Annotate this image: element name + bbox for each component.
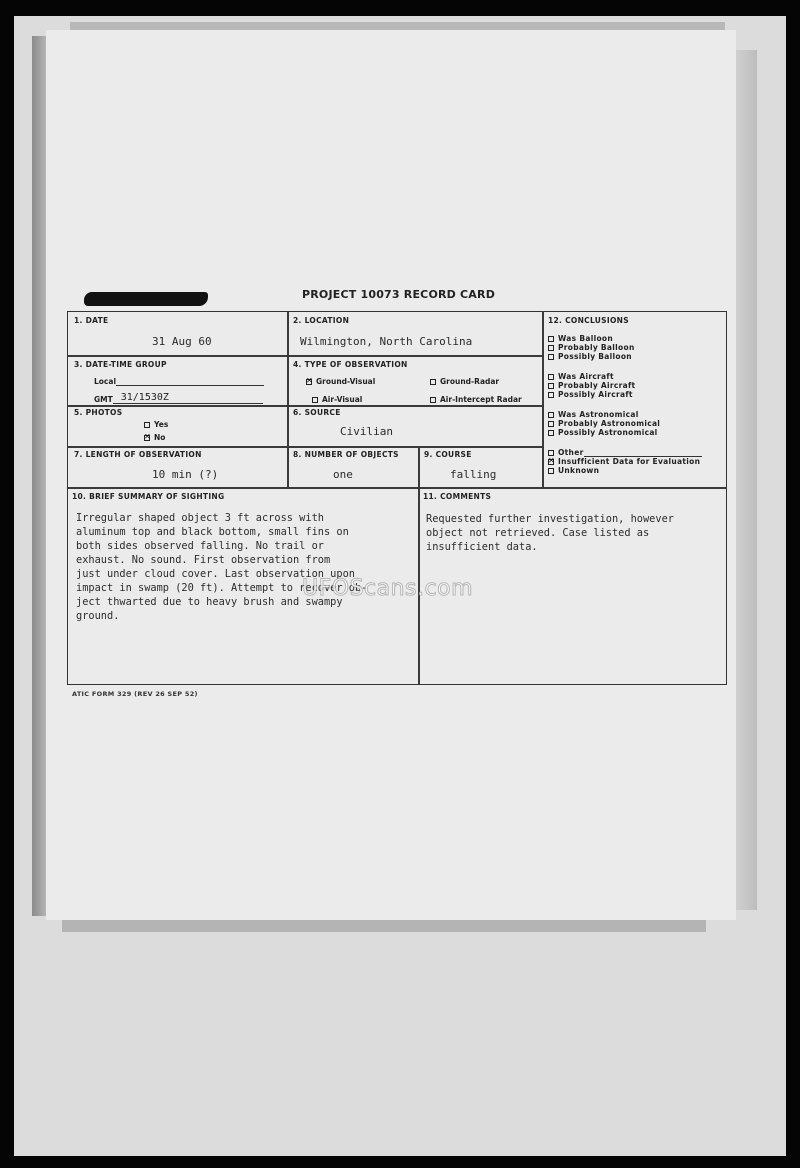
source-value: Civilian: [340, 425, 393, 438]
checkbox-icon[interactable]: [548, 392, 554, 398]
option-air-intercept-radar[interactable]: Air-Intercept Radar: [430, 395, 522, 404]
checkbox-icon[interactable]: [548, 468, 554, 474]
length-label: 7. LENGTH OF OBSERVATION: [74, 450, 202, 459]
conclusion-was-balloon[interactable]: Was Balloon: [548, 334, 613, 343]
photos-no[interactable]: No: [144, 433, 165, 442]
summary-line: exhaust. No sound. First observation fro…: [76, 553, 330, 567]
top-band: [70, 22, 725, 30]
conclusion-probably-astronomical[interactable]: Probably Astronomical: [548, 419, 660, 428]
checkbox-icon[interactable]: [548, 374, 554, 380]
checkbox-icon[interactable]: [312, 397, 318, 403]
checkbox-checked-icon[interactable]: [548, 459, 554, 465]
checkbox-icon[interactable]: [548, 383, 554, 389]
photos-label: 5. PHOTOS: [74, 408, 122, 417]
film-edge-shadow-right: [735, 50, 757, 910]
summary-line: ground.: [76, 609, 119, 623]
conclusion-was-aircraft[interactable]: Was Aircraft: [548, 372, 614, 381]
checkbox-icon[interactable]: [548, 430, 554, 436]
date-label: 1. DATE: [74, 316, 108, 325]
option-ground-visual[interactable]: Ground-Visual: [306, 377, 375, 386]
divider: [67, 446, 542, 448]
comments-line: object not retrieved. Case listed as: [426, 526, 649, 540]
checkbox-icon[interactable]: [430, 379, 436, 385]
summary-label: 10. BRIEF SUMMARY OF SIGHTING: [72, 492, 224, 501]
date-time-group-label: 3. DATE-TIME GROUP: [74, 360, 167, 369]
watermark: UFOScans.com: [302, 576, 473, 601]
divider: [67, 405, 542, 407]
source-label: 6. SOURCE: [293, 408, 341, 417]
photos-yes[interactable]: Yes: [144, 420, 168, 429]
number-of-objects-value: one: [333, 468, 353, 481]
date-value: 31 Aug 60: [152, 335, 212, 348]
checkbox-icon[interactable]: [548, 336, 554, 342]
comments-line: insufficient data.: [426, 540, 538, 554]
comments-label: 11. COMMENTS: [423, 492, 491, 501]
checkbox-icon[interactable]: [548, 345, 554, 351]
checkbox-icon[interactable]: [430, 397, 436, 403]
conclusion-possibly-aircraft[interactable]: Possibly Aircraft: [548, 390, 633, 399]
summary-line: aluminum top and black bottom, small fin…: [76, 525, 349, 539]
option-ground-radar[interactable]: Ground-Radar: [430, 377, 499, 386]
local-label: Local: [94, 377, 116, 386]
conclusion-possibly-astronomical[interactable]: Possibly Astronomical: [548, 428, 658, 437]
length-value: 10 min (?): [152, 468, 218, 481]
course-label: 9. COURSE: [424, 450, 472, 459]
comments-line: Requested further investigation, however: [426, 512, 674, 526]
divider: [542, 311, 544, 487]
option-air-visual[interactable]: Air-Visual: [312, 395, 362, 404]
divider: [67, 355, 542, 357]
number-of-objects-label: 8. NUMBER OF OBJECTS: [293, 450, 399, 459]
observation-type-label: 4. TYPE OF OBSERVATION: [293, 360, 408, 369]
conclusion-probably-balloon[interactable]: Probably Balloon: [548, 343, 635, 352]
conclusion-unknown[interactable]: Unknown: [548, 466, 599, 475]
redaction-bar: [84, 292, 208, 306]
form-footer: ATIC FORM 329 (REV 26 SEP 52): [72, 690, 198, 698]
divider: [287, 311, 289, 487]
summary-line: both sides observed falling. No trail or: [76, 539, 324, 553]
conclusion-possibly-balloon[interactable]: Possibly Balloon: [548, 352, 632, 361]
bottom-band: [62, 920, 706, 932]
conclusion-other[interactable]: Other: [548, 448, 702, 457]
card-title: PROJECT 10073 RECORD CARD: [302, 288, 495, 301]
conclusions-label: 12. CONCLUSIONS: [548, 316, 629, 325]
location-value: Wilmington, North Carolina: [300, 335, 472, 348]
checkbox-icon[interactable]: [548, 421, 554, 427]
local-time-field: Local: [94, 377, 264, 386]
location-label: 2. LOCATION: [293, 316, 349, 325]
course-value: falling: [450, 468, 496, 481]
checkbox-icon[interactable]: [548, 354, 554, 360]
conclusion-was-astronomical[interactable]: Was Astronomical: [548, 410, 639, 419]
checkbox-icon[interactable]: [548, 412, 554, 418]
summary-line: Irregular shaped object 3 ft across with: [76, 511, 324, 525]
film-edge-shadow: [32, 36, 46, 916]
checkbox-icon[interactable]: [144, 422, 150, 428]
conclusion-probably-aircraft[interactable]: Probably Aircraft: [548, 381, 635, 390]
gmt-time-field: GMT31/1530Z: [94, 392, 263, 404]
divider: [418, 446, 420, 684]
divider: [67, 487, 727, 489]
checkbox-checked-icon[interactable]: [144, 435, 150, 441]
local-value: [116, 385, 264, 386]
conclusion-insufficient-data[interactable]: Insufficient Data for Evaluation: [548, 457, 700, 466]
checkbox-checked-icon[interactable]: [306, 379, 312, 385]
gmt-label: GMT: [94, 395, 113, 404]
gmt-value: 31/1530Z: [113, 392, 263, 404]
